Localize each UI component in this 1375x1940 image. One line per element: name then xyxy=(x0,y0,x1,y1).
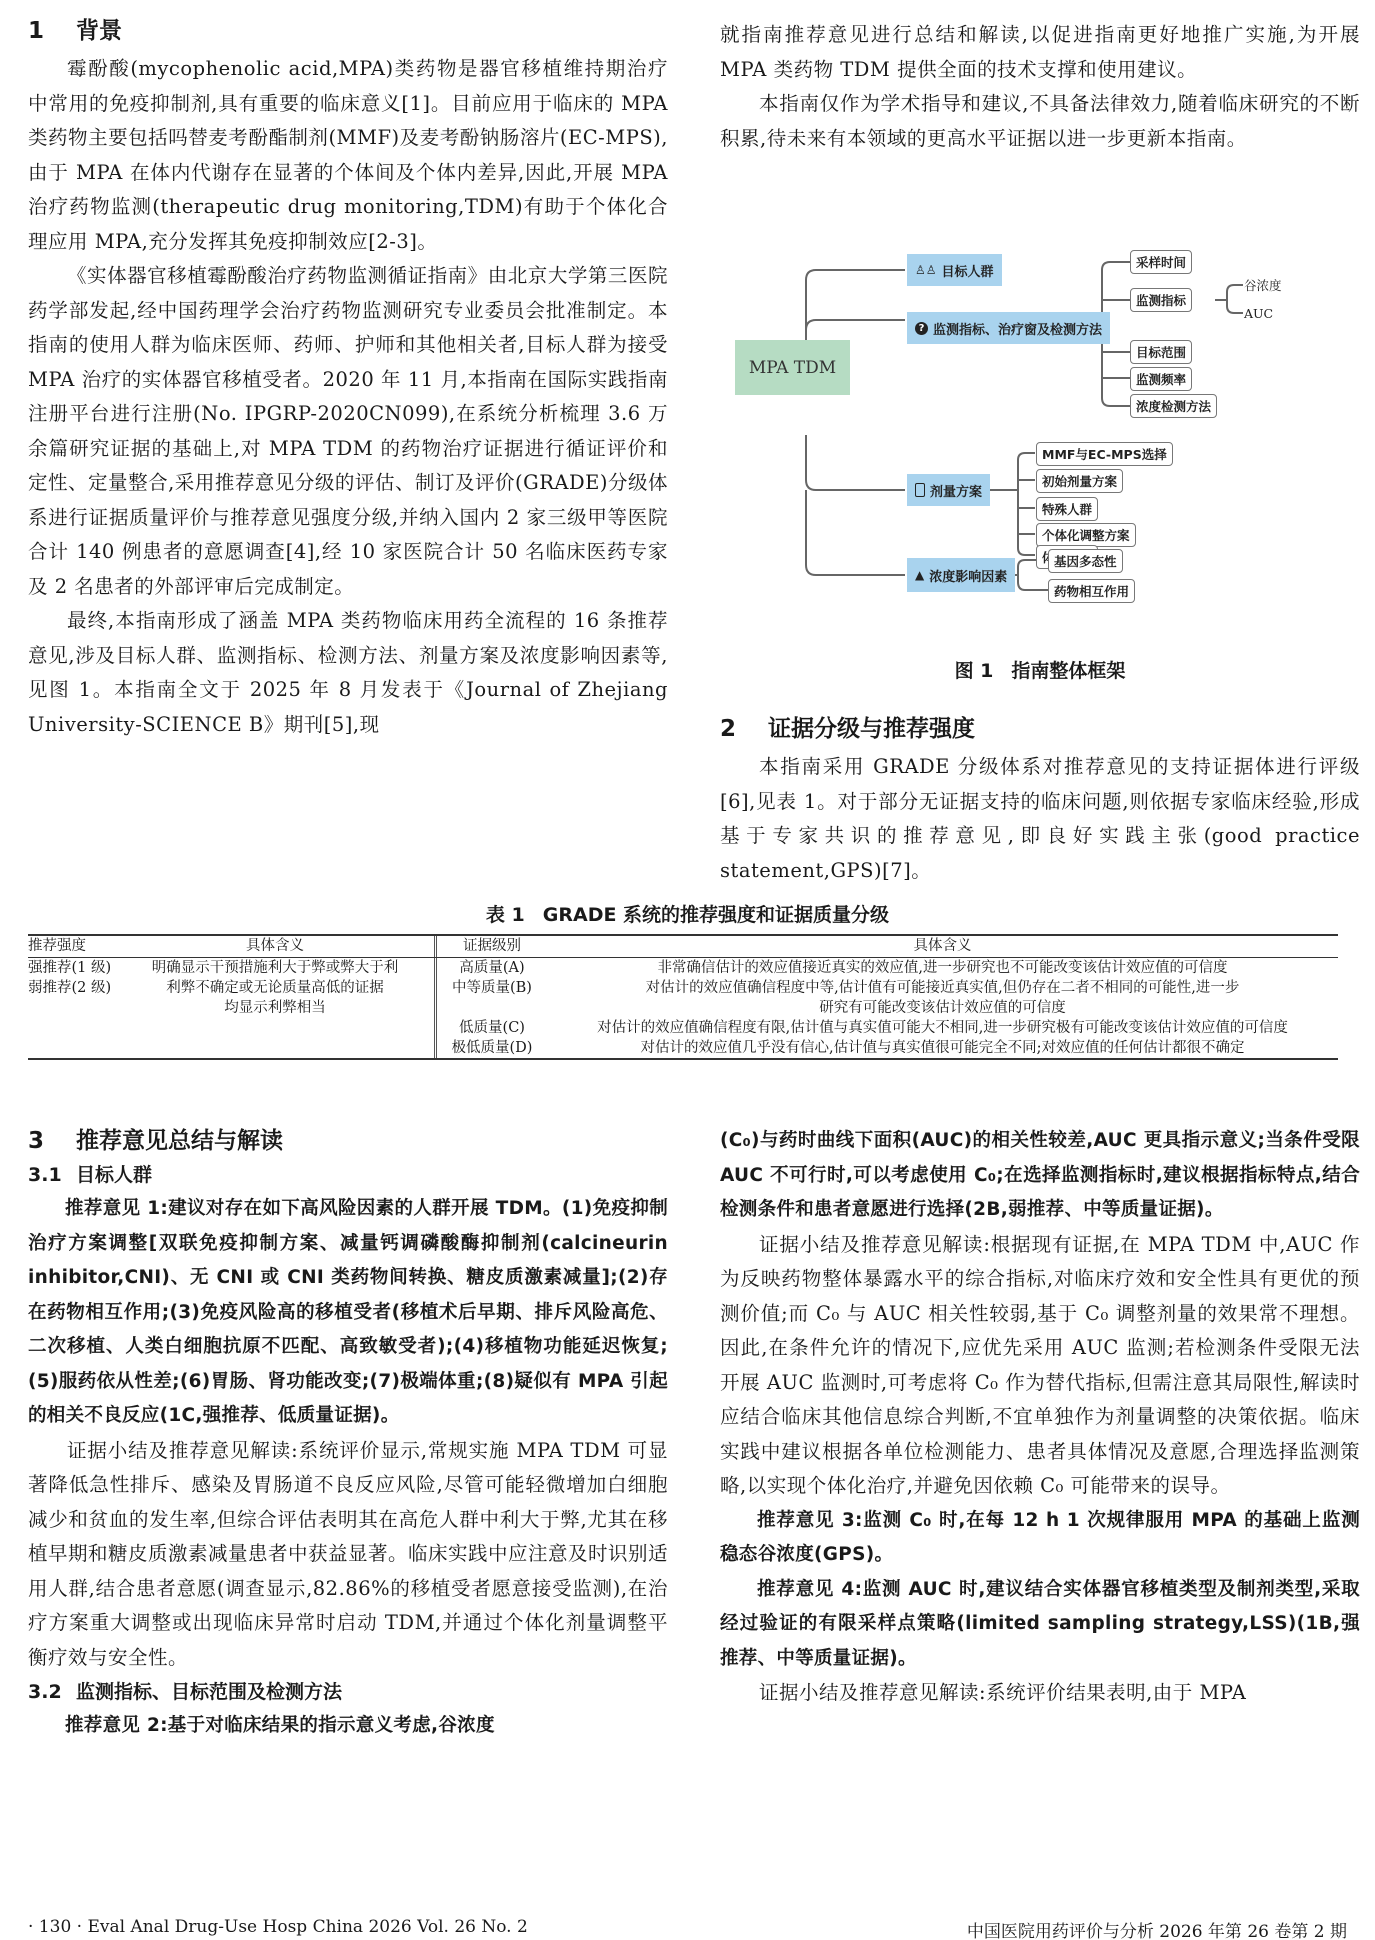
mindmap-leaf-formulation-choice: MMF与EC-MPS选择 xyxy=(1036,442,1173,466)
recommendation-3: 推荐意见 3:监测 C₀ 时,在每 12 h 1 次规律服用 MPA 的基础上监… xyxy=(720,1504,1360,1573)
question-icon: ? xyxy=(915,322,928,335)
table-row-continuation: 研究有可能改变该估计效应值的可信度 xyxy=(437,998,1338,1018)
table-header-row: 推荐强度 具体含义 证据级别 具体含义 xyxy=(28,936,1338,958)
section-1-paragraph-4: 本指南仅作为学术指导和建议,不具备法律效力,随着临床研究的不断积累,待未来有本领… xyxy=(720,87,1360,156)
section-2-heading: 2证据分级与推荐强度 xyxy=(720,712,1360,750)
mindmap-root-node: MPA TDM xyxy=(735,340,850,395)
table-row: 强推荐(1 级) 明确显示干预措施利大于弊或弊大于利 xyxy=(28,958,434,978)
mindmap-leaf-individualized-adjustment: 个体化调整方案 xyxy=(1036,523,1136,547)
mindmap-leaf-sampling-time: 采样时间 xyxy=(1130,250,1192,274)
header-meaning-left: 具体含义 xyxy=(116,936,434,957)
mindmap-leaf-detection-method: 浓度检测方法 xyxy=(1130,394,1217,418)
mindmap-leaf-target-range: 目标范围 xyxy=(1130,340,1192,364)
section-1-paragraph-2: 《实体器官移植霉酚酸治疗药物监测循证指南》由北京大学第三医院药学部发起,经中国药… xyxy=(28,259,668,604)
figure-1-mindmap: MPA TDM ♙♙ 目标人群 ? 监测指标、治疗窗及检测方法 采样时间 监测指… xyxy=(735,240,1355,645)
mindmap-leaf-monitoring-frequency: 监测频率 xyxy=(1130,367,1192,391)
table-row: 高质量(A) 非常确信估计的效应值接近真实的效应值,进一步研究也不可能改变该估计… xyxy=(437,958,1338,978)
section-1-paragraph-1: 霉酚酸(mycophenolic acid,MPA)类药物是器官移植维持期治疗中… xyxy=(28,52,668,259)
interpretation-2: 证据小结及推荐意见解读:根据现有证据,在 MPA TDM 中,AUC 作为反映药… xyxy=(720,1228,1360,1504)
recommendation-4: 推荐意见 4:监测 AUC 时,建议结合实体器官移植类型及制剂类型,采取经过验证… xyxy=(720,1573,1360,1677)
mindmap-leaf-special-population: 特殊人群 xyxy=(1036,497,1098,521)
recommendation-2-part-2: (C₀)与药时曲线下面积(AUC)的相关性较差,AUC 更具指示意义;当条件受限… xyxy=(720,1124,1360,1228)
mindmap-category-target-population: ♙♙ 目标人群 xyxy=(907,254,1002,286)
subsection-3-2-heading: 3.2监测指标、目标范围及检测方法 xyxy=(28,1675,668,1709)
table-row: 弱推荐(2 级) 利弊不确定或无论质量高低的证据 xyxy=(28,978,434,998)
recommendation-1: 推荐意见 1:建议对存在如下高风险因素的人群开展 TDM。(1)免疫抑制治疗方案… xyxy=(28,1192,668,1434)
mindmap-category-influencing-factors: ▲ 浓度影响因素 xyxy=(907,558,1015,592)
section-3-right: (C₀)与药时曲线下面积(AUC)的相关性较差,AUC 更具指示意义;当条件受限… xyxy=(720,1124,1360,1711)
interpretation-4-start: 证据小结及推荐意见解读:系统评价结果表明,由于 MPA xyxy=(720,1676,1360,1711)
table-1: 推荐强度 具体含义 证据级别 具体含义 强推荐(1 级) 明确显示干预措施利大于… xyxy=(28,934,1338,1060)
table-row-continuation: 均显示利弊相当 xyxy=(28,998,434,1018)
users-icon: ♙♙ xyxy=(915,263,937,277)
header-evidence-level: 证据级别 xyxy=(437,936,547,957)
mindmap-category-dosing: 剂量方案 xyxy=(907,474,990,506)
mindmap-leaf-initial-dose: 初始剂量方案 xyxy=(1036,469,1123,493)
subsection-3-1-heading: 3.1目标人群 xyxy=(28,1158,668,1192)
table-row: 极低质量(D) 对估计的效应值几乎没有信心,估计值与真实值很可能完全不同;对效应… xyxy=(437,1038,1338,1058)
header-recommendation-strength: 推荐强度 xyxy=(28,936,116,957)
table-1-caption: 表 1GRADE 系统的推荐强度和证据质量分级 xyxy=(0,900,1375,927)
table-right-block: 高质量(A) 非常确信估计的效应值接近真实的效应值,进一步研究也不可能改变该估计… xyxy=(437,958,1338,1058)
section-1-paragraph-3-part-2: 就指南推荐意见进行总结和解读,以促进指南更好地推广实施,为开展 MPA 类药物 … xyxy=(720,18,1360,87)
section-1-paragraph-3-part-1: 最终,本指南形成了涵盖 MPA 类药物临床用药全流程的 16 条推荐意见,涉及目… xyxy=(28,604,668,742)
mindmap-category-monitoring: ? 监测指标、治疗窗及检测方法 xyxy=(907,312,1110,344)
section-2-paragraph: 本指南采用 GRADE 分级体系对推荐意见的支持证据体进行评级[6],见表 1。… xyxy=(720,750,1360,888)
section-3-left: 3推荐意见总结与解读 3.1目标人群 推荐意见 1:建议对存在如下高风险因素的人… xyxy=(28,1124,668,1744)
section-1-heading: 1背景 xyxy=(28,14,668,52)
mindmap-leaf-trough: 谷浓度 xyxy=(1244,276,1282,294)
tablet-icon xyxy=(915,483,925,497)
left-column-top: 1背景 霉酚酸(mycophenolic acid,MPA)类药物是器官移植维持… xyxy=(28,14,668,742)
warning-icon: ▲ xyxy=(915,568,924,582)
figure-1-caption: 图 1指南整体框架 xyxy=(720,656,1360,683)
table-row: 低质量(C) 对估计的效应值确信程度有限,估计值与真实值可能大不相同,进一步研究… xyxy=(437,1018,1338,1038)
table-left-block: 强推荐(1 级) 明确显示干预措施利大于弊或弊大于利 弱推荐(2 级) 利弊不确… xyxy=(28,958,437,1058)
table-row: 中等质量(B) 对估计的效应值确信程度中等,估计值有可能接近真实值,但仍存在二者… xyxy=(437,978,1338,998)
mindmap-leaf-auc: AUC xyxy=(1244,304,1273,322)
interpretation-1: 证据小结及推荐意见解读:系统评价显示,常规实施 MPA TDM 可显著降低急性排… xyxy=(28,1434,668,1676)
section-2: 2证据分级与推荐强度 本指南采用 GRADE 分级体系对推荐意见的支持证据体进行… xyxy=(720,712,1360,888)
footer-right: 中国医院用药评价与分析 2026 年第 26 卷第 2 期 xyxy=(967,1917,1347,1940)
section-3-heading: 3推荐意见总结与解读 xyxy=(28,1124,668,1158)
right-column-top: 就指南推荐意见进行总结和解读,以促进指南更好地推广实施,为开展 MPA 类药物 … xyxy=(720,18,1360,156)
mindmap-leaf-drug-interaction: 药物相互作用 xyxy=(1048,579,1135,603)
mindmap-leaf-monitoring-index: 监测指标 xyxy=(1130,288,1192,312)
header-meaning-right: 具体含义 xyxy=(547,936,1338,957)
recommendation-2-part-1: 推荐意见 2:基于对临床结果的指示意义考虑,谷浓度 xyxy=(28,1709,668,1744)
footer-left: · 130 · Eval Anal Drug-Use Hosp China 20… xyxy=(28,1917,528,1937)
mindmap-leaf-gene-polymorphism: 基因多态性 xyxy=(1048,549,1123,573)
